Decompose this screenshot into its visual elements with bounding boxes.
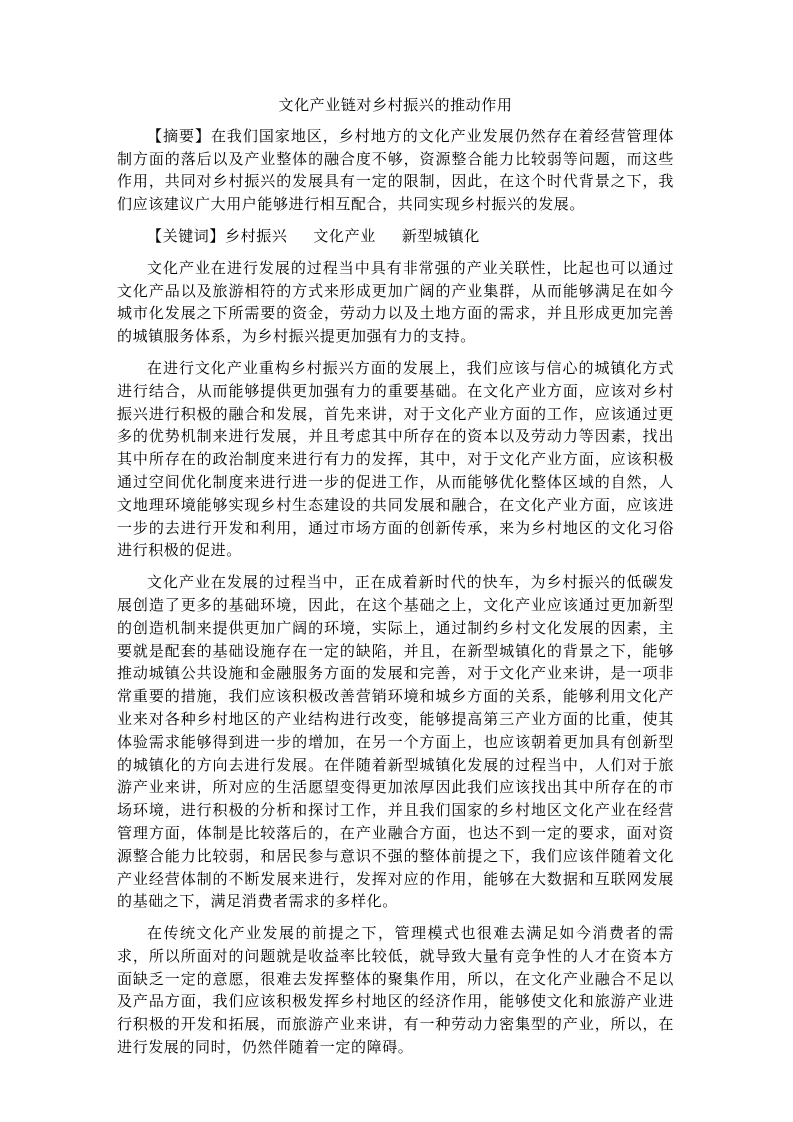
- keywords-label: 【关键词】: [147, 227, 225, 245]
- abstract-label: 【摘要】: [147, 127, 211, 145]
- document-page: 文化产业链对乡村振兴的推动作用 【摘要】在我们国家地区，乡村地方的文化产业发展仍…: [117, 94, 674, 1068]
- keyword-item: 乡村振兴: [225, 227, 287, 245]
- body-paragraph: 在进行文化产业重构乡村振兴方面的发展上，我们应该与信心的城镇化方式进行结合，从而…: [117, 357, 674, 562]
- body-paragraph: 文化产业在进行发展的过程当中具有非常强的产业关联性，比起也可以通过文化产品以及旅…: [117, 257, 674, 348]
- keyword-item: 文化产业: [313, 227, 375, 245]
- keyword-item: 新型城镇化: [402, 227, 480, 245]
- document-title: 文化产业链对乡村振兴的推动作用: [117, 94, 674, 117]
- body-paragraph: 在传统文化产业发展的前提之下，管理模式也很难去满足如今消费者的需求，所以所面对的…: [117, 922, 674, 1059]
- abstract-paragraph: 【摘要】在我们国家地区，乡村地方的文化产业发展仍然存在着经营管理体制方面的落后以…: [117, 125, 674, 216]
- keywords-paragraph: 【关键词】乡村振兴文化产业新型城镇化: [117, 225, 674, 248]
- body-paragraph: 文化产业在发展的过程当中，正在成着新时代的快车，为乡村振兴的低碳发展创造了更多的…: [117, 571, 674, 913]
